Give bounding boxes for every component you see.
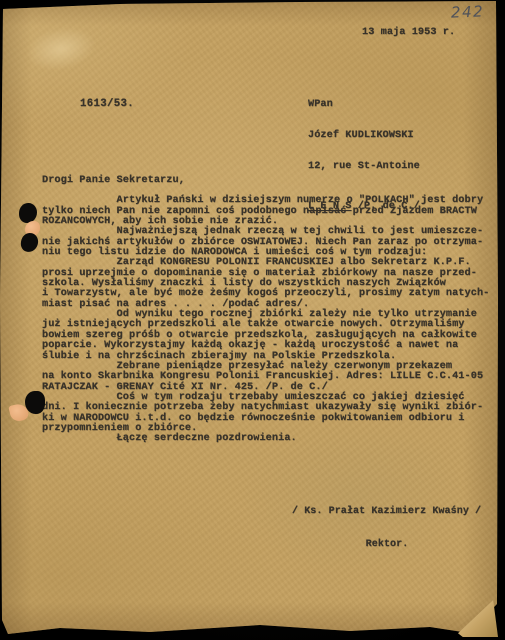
scanned-letter: 242 13 maja 1953 r. 1613/53. WPan Józef … — [0, 0, 505, 640]
signature-name: / Ks. Prałat Kazimierz Kwaśny / — [292, 506, 482, 517]
letter-lines: Artykuł Pański w dzisiejszym numerze o "… — [42, 196, 482, 444]
recipient-street: 12, rue St-Antoine — [308, 162, 420, 172]
letter-line: na konto Skarbnika Kongresu Polonii Fran… — [42, 372, 482, 382]
punch-hole — [19, 203, 37, 223]
paper-crease — [22, 21, 99, 77]
letter-body: Drogi Panie Sekretarzu, Artykuł Pański w… — [42, 176, 482, 445]
signature-block: / Ks. Prałat Kazimierz Kwaśny / Rektor. — [292, 484, 482, 572]
punch-hole — [20, 232, 39, 253]
letter-line: poparcie. Wykorzystajmy każdą okazję - k… — [42, 341, 482, 351]
signature-title: Rektor. — [292, 539, 482, 550]
recipient-name: Józef KUDLIKOWSKI — [308, 131, 420, 141]
archive-page-number: 242 — [451, 2, 485, 21]
letter-line: dni. I koniecznie potrzeba żeby natychmi… — [42, 403, 482, 413]
letter-paper: 242 13 maja 1953 r. 1613/53. WPan Józef … — [0, 0, 505, 640]
letter-date: 13 maja 1953 r. — [362, 27, 455, 38]
reference-number: 1613/53. — [80, 98, 134, 110]
letter-greeting: Drogi Panie Sekretarzu, — [42, 176, 482, 186]
letter-line: Łączę serdeczne pozdrowienia. — [42, 434, 482, 444]
recipient-salutation: WPan — [308, 100, 420, 110]
